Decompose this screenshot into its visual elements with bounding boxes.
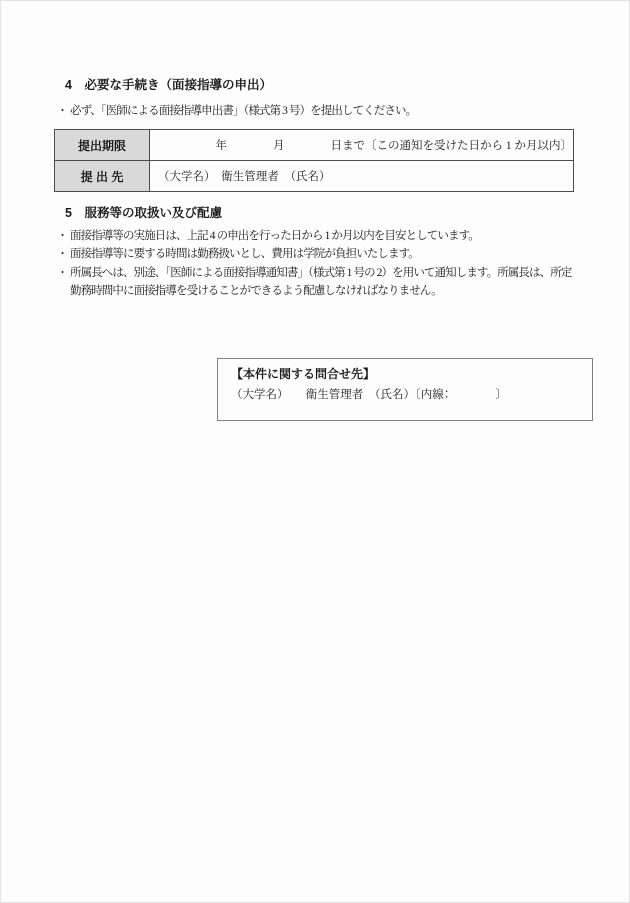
inquiry-box: 【本件に関する問合せ先】 （大学名） 衛生管理者 （氏名）〔内線： 〕 bbox=[217, 358, 593, 421]
bullet-marker: ・ bbox=[57, 264, 70, 282]
bullet-item: ・ 所属長へは、別途、「医師による面接指導通知書」（様式第 1 号の 2）を用い… bbox=[57, 264, 575, 301]
bullet-text: 面接指導等に要する時間は勤務扱いとし、費用は学院が負担いたします。 bbox=[70, 245, 575, 263]
section-4-bullet-text: 必ず、「医師による面接指導申出書」（様式第 3 号）を提出してください。 bbox=[70, 102, 577, 120]
inquiry-box-title: 【本件に関する問合せ先】 bbox=[231, 366, 592, 382]
bullet-marker: ・ bbox=[57, 102, 70, 120]
table-row-destination: 提 出 先 （大学名） 衛生管理者 （氏名） bbox=[55, 161, 574, 192]
bullet-item: ・ 面接指導等に要する時間は勤務扱いとし、費用は学院が負担いたします。 bbox=[57, 245, 575, 263]
bullet-marker: ・ bbox=[57, 245, 70, 263]
table-row-deadline: 提出期限 年 月 日まで〔この通知を受けた日から 1 か月以内〕 bbox=[55, 130, 574, 161]
document-page: 4 必要な手続き（面接指導の申出） ・ 必ず、「医師による面接指導申出書」（様式… bbox=[0, 0, 630, 903]
bullet-text: 所属長へは、別途、「医師による面接指導通知書」（様式第 1 号の 2）を用いて通… bbox=[70, 264, 575, 301]
table-value-deadline: 年 月 日まで〔この通知を受けた日から 1 か月以内〕 bbox=[150, 130, 574, 161]
table-header-deadline: 提出期限 bbox=[55, 130, 150, 161]
section-4-heading: 4 必要な手続き（面接指導の申出） bbox=[65, 78, 272, 92]
section-5-heading: 5 服務等の取扱い及び配慮 bbox=[65, 206, 222, 220]
bullet-item: ・ 面接指導等の実施日は、上記 4 の申出を行った日から 1 か月以内を目安とし… bbox=[57, 227, 575, 245]
table-header-destination: 提 出 先 bbox=[55, 161, 150, 192]
table-value-destination: （大学名） 衛生管理者 （氏名） bbox=[150, 161, 574, 192]
bullet-marker: ・ bbox=[57, 227, 70, 245]
section-4-bullet-item: ・ 必ず、「医師による面接指導申出書」（様式第 3 号）を提出してください。 bbox=[57, 102, 577, 120]
section-5-bullet-list: ・ 面接指導等の実施日は、上記 4 の申出を行った日から 1 か月以内を目安とし… bbox=[57, 227, 575, 300]
bullet-text: 面接指導等の実施日は、上記 4 の申出を行った日から 1 か月以内を目安としてい… bbox=[70, 227, 575, 245]
inquiry-box-contact-line: （大学名） 衛生管理者 （氏名）〔内線： 〕 bbox=[231, 387, 592, 403]
submission-table: 提出期限 年 月 日まで〔この通知を受けた日から 1 か月以内〕 提 出 先 （… bbox=[54, 129, 574, 192]
